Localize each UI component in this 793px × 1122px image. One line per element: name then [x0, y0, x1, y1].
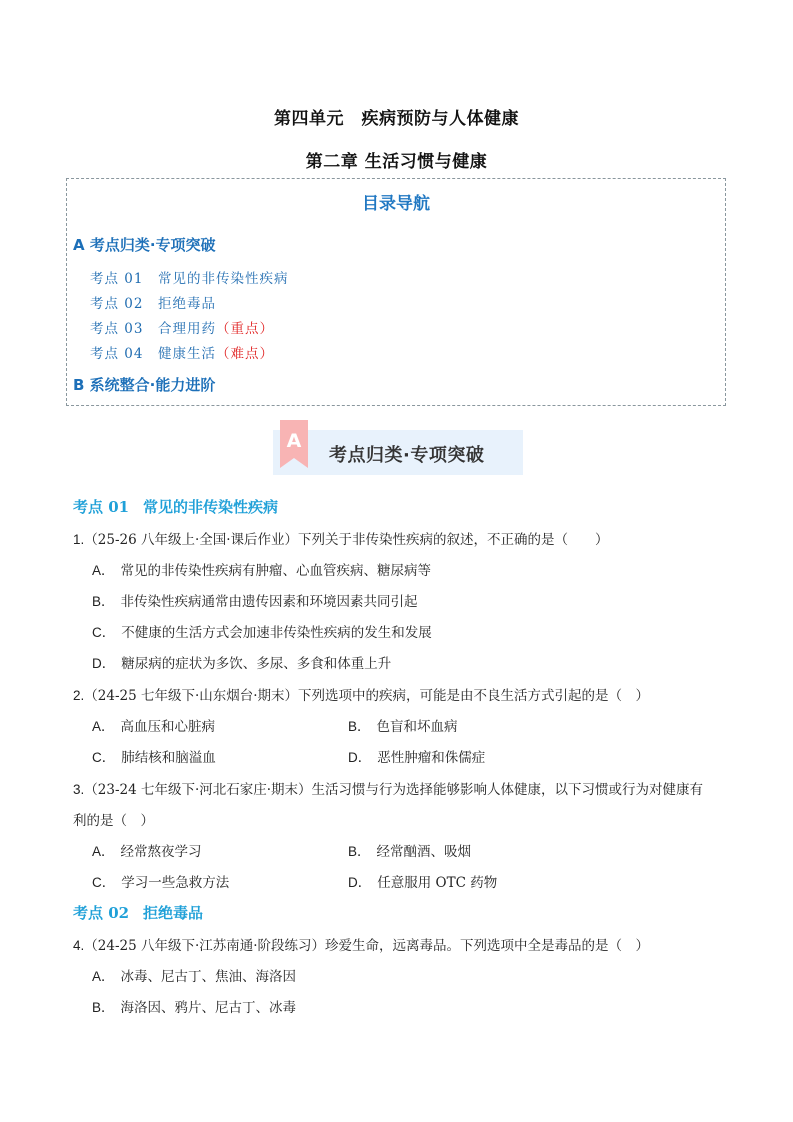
- question-1: 1.（25-26 八年级上·全国·课后作业）下列关于非传染性疾病的叙述，不正确的…: [73, 528, 609, 548]
- question-3: 3.（23-24 七年级下·河北石家庄·期末）生活习惯与行为选择能够影响人体健康…: [73, 778, 703, 798]
- option-4a[interactable]: A．冰毒、尼古丁、焦油、海洛因: [92, 965, 296, 985]
- toc-item-label: 常见的非传染性疾病: [158, 271, 289, 287]
- toc-item-04[interactable]: 考点 04健康生活（难点）: [90, 342, 274, 362]
- option-2a[interactable]: A．高血压和心脏病: [92, 715, 215, 735]
- toc-item-03[interactable]: 考点 03合理用药（重点）: [90, 317, 274, 337]
- option-3d[interactable]: D．任意服用 OTC 药物: [348, 871, 497, 891]
- section-title-01: 考点 01常见的非传染性疾病: [73, 496, 278, 517]
- option-1a[interactable]: A．常见的非传染性疾病有肿瘤、心血管疾病、糖尿病等: [92, 559, 431, 579]
- question-stem: （24-25 八年级下·江苏南通·阶段练习）珍爱生命，远离毒品。下列选项中全是毒…: [84, 938, 649, 954]
- toc-item-num: 考点 01: [90, 267, 158, 287]
- option-3b[interactable]: B．经常酗酒、吸烟: [348, 840, 471, 860]
- toc-item-num: 考点 03: [90, 317, 158, 337]
- question-stem: （23-24 七年级下·河北石家庄·期末）生活习惯与行为选择能够影响人体健康，以…: [84, 782, 703, 798]
- option-2b[interactable]: B．色盲和坏血病: [348, 715, 458, 735]
- question-stem: （25-26 八年级上·全国·课后作业）下列关于非传染性疾病的叙述，不正确的是（…: [84, 532, 608, 548]
- option-2c[interactable]: C．肺结核和脑溢血: [92, 746, 216, 766]
- option-1d[interactable]: D．糖尿病的症状为多饮、多尿、多食和体重上升: [92, 652, 391, 672]
- option-1c[interactable]: C．不健康的生活方式会加速非传染性疾病的发生和发展: [92, 621, 432, 641]
- question-number: 3.: [73, 782, 84, 797]
- question-3-cont: 利的是（ ）: [73, 809, 154, 829]
- banner-letter: A: [287, 430, 302, 452]
- banner-title: 考点归类·专项突破: [329, 441, 484, 467]
- toc-item-label: 合理用药: [158, 321, 216, 337]
- section-title-02: 考点 02拒绝毒品: [73, 902, 203, 923]
- bookmark-flag-icon: A: [280, 420, 308, 468]
- table-of-contents: 目录导航 A 考点归类·专项突破 考点 01常见的非传染性疾病 考点 02拒绝毒…: [66, 178, 726, 406]
- toc-item-label: 健康生活: [158, 346, 216, 362]
- difficult-point-tag: （难点）: [216, 346, 274, 362]
- question-number: 1.: [73, 532, 84, 547]
- question-2: 2.（24-25 七年级下·山东烟台·期末）下列选项中的疾病，可能是由不良生活方…: [73, 684, 649, 704]
- option-3a[interactable]: A．经常熬夜学习: [92, 840, 202, 860]
- option-2d[interactable]: D．恶性肿瘤和侏儒症: [348, 746, 485, 766]
- question-4: 4.（24-25 八年级下·江苏南通·阶段练习）珍爱生命，远离毒品。下列选项中全…: [73, 934, 649, 954]
- option-1b[interactable]: B．非传染性疾病通常由遗传因素和环境因素共同引起: [92, 590, 418, 610]
- toc-item-02[interactable]: 考点 02拒绝毒品: [90, 292, 216, 312]
- toc-heading: 目录导航: [67, 189, 725, 214]
- toc-section-b[interactable]: B 系统整合·能力进阶: [73, 374, 215, 395]
- toc-item-num: 考点 02: [90, 292, 158, 312]
- unit-title: 第四单元 疾病预防与人体健康: [0, 104, 793, 129]
- question-number: 2.: [73, 688, 84, 703]
- toc-item-num: 考点 04: [90, 342, 158, 362]
- key-point-tag: （重点）: [216, 321, 274, 337]
- toc-item-label: 拒绝毒品: [158, 296, 216, 312]
- question-stem: （24-25 七年级下·山东烟台·期末）下列选项中的疾病，可能是由不良生活方式引…: [84, 688, 649, 704]
- toc-item-01[interactable]: 考点 01常见的非传染性疾病: [90, 267, 289, 287]
- chapter-title: 第二章 生活习惯与健康: [0, 147, 793, 172]
- option-4b[interactable]: B．海洛因、鸦片、尼古丁、冰毒: [92, 996, 296, 1016]
- option-3c[interactable]: C．学习一些急救方法: [92, 871, 229, 891]
- toc-section-a[interactable]: A 考点归类·专项突破: [73, 234, 216, 255]
- question-number: 4.: [73, 938, 84, 953]
